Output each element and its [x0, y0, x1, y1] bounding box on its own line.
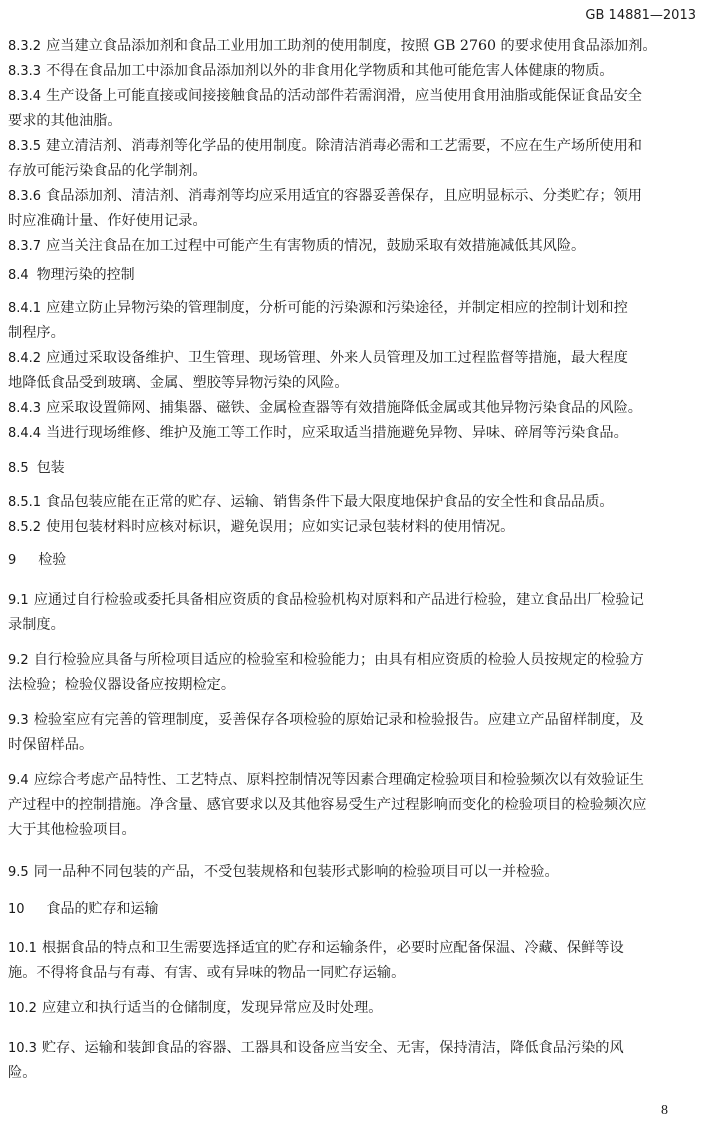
clause-text: 应建立和执行适当的仓储制度，发现异常应及时处理。 [42, 1000, 383, 1016]
clause-text: 施。不得将食品与有毒、有害、或有异味的物品一同贮存运输。 [8, 965, 405, 981]
section-title: 食品的贮存和运输 [47, 901, 159, 917]
clause-continuation: 大于其他检验项目。 [8, 820, 136, 840]
section-heading: 9检验 [8, 550, 66, 571]
clause-number: 8.5.1 [8, 495, 41, 510]
clause-number: 9.4 [8, 773, 29, 788]
clause-text: 录制度。 [8, 617, 65, 633]
clause-number: 10.1 [8, 941, 37, 956]
clause-number: 8.4.4 [8, 426, 41, 441]
clause-number: 9.1 [8, 593, 29, 608]
clause-number: 8.3.3 [8, 64, 41, 79]
section-number: 8.4 [8, 268, 29, 283]
clause-text: 法检验；检验仪器设备应按期检定。 [8, 677, 235, 693]
clause-paragraph: 9.4应综合考虑产品特性、工艺特点、原料控制情况等因素合理确定检验项目和检验频次… [8, 770, 644, 791]
section-title: 包装 [37, 460, 65, 476]
clause-continuation: 要求的其他油脂。 [8, 111, 122, 131]
clause-text: 应采取设置筛网、捕集器、磁铁、金属检查器等有效措施降低金属或其他异物污染食品的风… [46, 400, 642, 416]
clause-number: 8.4.3 [8, 401, 41, 416]
section-heading: 8.4物理污染的控制 [8, 265, 135, 286]
clause-text: 根据食品的特点和卫生需要选择适宜的贮存和运输条件，必要时应配备保温、冷藏、保鲜等… [42, 940, 624, 956]
clause-text: 应通过自行检验或委托具备相应资质的食品检验机构对原料和产品进行检验，建立食品出厂… [34, 592, 644, 608]
clause-number: 9.5 [8, 865, 29, 880]
clause-paragraph: 8.3.4生产设备上可能直接或间接接触食品的活动部件若需润滑，应当使用食用油脂或… [8, 86, 642, 107]
clause-text: 产过程中的控制措施。净含量、感官要求以及其他容易受生产过程影响而变化的检验项目的… [8, 797, 646, 813]
clause-text: 时应准确计量、作好使用记录。 [8, 213, 207, 229]
clause-number: 8.5.2 [8, 520, 41, 535]
clause-number: 8.3.6 [8, 189, 41, 204]
clause-text: 险。 [8, 1065, 36, 1081]
clause-continuation: 制程序。 [8, 323, 65, 343]
clause-text: 建立清洁剂、消毒剂等化学品的使用制度。除清洁消毒必需和工艺需要，不应在生产场所使… [46, 138, 642, 154]
clause-text: 时保留样品。 [8, 737, 93, 753]
clause-number: 8.4.1 [8, 301, 41, 316]
clause-continuation: 地降低食品受到玻璃、金属、塑胶等异物污染的风险。 [8, 373, 349, 393]
clause-text: 存放可能污染食品的化学制剂。 [8, 163, 207, 179]
clause-paragraph: 10.1根据食品的特点和卫生需要选择适宜的贮存和运输条件，必要时应配备保温、冷藏… [8, 938, 624, 959]
clause-paragraph: 9.5同一品种不同包装的产品，不受包装规格和包装形式影响的检验项目可以一并检验。 [8, 862, 559, 883]
clause-text: 应建立防止异物污染的管理制度，分析可能的污染源和污染途径，并制定相应的控制计划和… [46, 300, 628, 316]
clause-text: 制程序。 [8, 325, 65, 341]
clause-paragraph: 8.3.6食品添加剂、清洁剂、消毒剂等均应采用适宜的容器妥善保存，且应明显标示、… [8, 186, 642, 207]
clause-continuation: 险。 [8, 1063, 36, 1083]
clause-text: 大于其他检验项目。 [8, 822, 136, 838]
clause-continuation: 产过程中的控制措施。净含量、感官要求以及其他容易受生产过程影响而变化的检验项目的… [8, 795, 646, 815]
clause-continuation: 施。不得将食品与有毒、有害、或有异味的物品一同贮存运输。 [8, 963, 405, 983]
clause-text: 食品包装应能在正常的贮存、运输、销售条件下最大限度地保护食品的安全性和食品品质。 [46, 494, 614, 510]
clause-paragraph: 10.2应建立和执行适当的仓储制度，发现异常应及时处理。 [8, 998, 382, 1019]
clause-text: 同一品种不同包装的产品，不受包装规格和包装形式影响的检验项目可以一并检验。 [34, 864, 559, 880]
clause-continuation: 时保留样品。 [8, 735, 93, 755]
clause-text: 贮存、运输和装卸食品的容器、工器具和设备应当安全、无害，保持清洁，降低食品污染的… [42, 1040, 624, 1056]
clause-number: 8.3.2 [8, 39, 41, 54]
clause-text: 应综合考虑产品特性、工艺特点、原料控制情况等因素合理确定检验项目和检验频次以有效… [34, 772, 644, 788]
section-heading: 8.5包装 [8, 458, 65, 479]
clause-paragraph: 8.3.3不得在食品加工中添加食品添加剂以外的非食用化学物质和其他可能危害人体健… [8, 61, 614, 82]
clause-continuation: 录制度。 [8, 615, 65, 635]
clause-paragraph: 8.4.4当进行现场维修、维护及施工等工作时，应采取适当措施避免异物、异味、碎屑… [8, 423, 628, 444]
clause-paragraph: 8.5.1食品包装应能在正常的贮存、运输、销售条件下最大限度地保护食品的安全性和… [8, 492, 614, 513]
clause-paragraph: 8.3.7应当关注食品在加工过程中可能产生有害物质的情况，鼓励采取有效措施减低其… [8, 236, 585, 257]
section-title: 检验 [38, 552, 66, 568]
clause-number: 8.3.5 [8, 139, 41, 154]
clause-paragraph: 9.3检验室应有完善的管理制度，妥善保存各项检验的原始记录和检验报告。应建立产品… [8, 710, 644, 731]
section-heading: 10食品的贮存和运输 [8, 899, 159, 920]
clause-paragraph: 8.4.3应采取设置筛网、捕集器、磁铁、金属检查器等有效措施降低金属或其他异物污… [8, 398, 642, 419]
clause-continuation: 存放可能污染食品的化学制剂。 [8, 161, 207, 181]
clause-paragraph: 8.4.1应建立防止异物污染的管理制度，分析可能的污染源和污染途径，并制定相应的… [8, 298, 628, 319]
clause-text: 自行检验应具备与所检项目适应的检验室和检验能力；由具有相应资质的检验人员按规定的… [34, 652, 644, 668]
page-number: 8 [661, 1103, 668, 1119]
clause-text: 应当关注食品在加工过程中可能产生有害物质的情况，鼓励采取有效措施减低其风险。 [46, 238, 585, 254]
clause-number: 10.3 [8, 1041, 37, 1056]
clause-paragraph: 8.4.2应通过采取设备维护、卫生管理、现场管理、外来人员管理及加工过程监督等措… [8, 348, 628, 369]
clause-text: 生产设备上可能直接或间接接触食品的活动部件若需润滑，应当使用食用油脂或能保证食品… [46, 88, 642, 104]
clause-text: 应当建立食品添加剂和食品工业用加工助剂的使用制度，按照 GB 2760 的要求使… [46, 38, 657, 54]
clause-text: 应通过采取设备维护、卫生管理、现场管理、外来人员管理及加工过程监督等措施，最大程… [46, 350, 628, 366]
section-number: 10 [8, 902, 25, 917]
section-number: 8.5 [8, 461, 29, 476]
clause-text: 当进行现场维修、维护及施工等工作时，应采取适当措施避免异物、异味、碎屑等污染食品… [46, 425, 628, 441]
clause-text: 地降低食品受到玻璃、金属、塑胶等异物污染的风险。 [8, 375, 349, 391]
clause-paragraph: 10.3贮存、运输和装卸食品的容器、工器具和设备应当安全、无害，保持清洁，降低食… [8, 1038, 624, 1059]
clause-number: 8.4.2 [8, 351, 41, 366]
clause-number: 8.3.4 [8, 89, 41, 104]
clause-continuation: 时应准确计量、作好使用记录。 [8, 211, 207, 231]
standard-code-header: GB 14881—2013 [585, 8, 696, 23]
clause-text: 要求的其他油脂。 [8, 113, 122, 129]
clause-text: 使用包装材料时应核对标识，避免误用；应如实记录包装材料的使用情况。 [46, 519, 514, 535]
clause-paragraph: 9.1应通过自行检验或委托具备相应资质的食品检验机构对原料和产品进行检验，建立食… [8, 590, 644, 611]
clause-paragraph: 8.3.2应当建立食品添加剂和食品工业用加工助剂的使用制度，按照 GB 2760… [8, 36, 657, 57]
clause-paragraph: 8.3.5建立清洁剂、消毒剂等化学品的使用制度。除清洁消毒必需和工艺需要，不应在… [8, 136, 642, 157]
clause-text: 检验室应有完善的管理制度，妥善保存各项检验的原始记录和检验报告。应建立产品留样制… [34, 712, 644, 728]
section-title: 物理污染的控制 [37, 267, 135, 283]
clause-number: 10.2 [8, 1001, 37, 1016]
section-number: 9 [8, 553, 16, 568]
clause-number: 9.3 [8, 713, 29, 728]
clause-continuation: 法检验；检验仪器设备应按期检定。 [8, 675, 235, 695]
clause-paragraph: 9.2自行检验应具备与所检项目适应的检验室和检验能力；由具有相应资质的检验人员按… [8, 650, 644, 671]
clause-text: 食品添加剂、清洁剂、消毒剂等均应采用适宜的容器妥善保存，且应明显标示、分类贮存；… [46, 188, 642, 204]
clause-text: 不得在食品加工中添加食品添加剂以外的非食用化学物质和其他可能危害人体健康的物质。 [46, 63, 614, 79]
clause-paragraph: 8.5.2使用包装材料时应核对标识，避免误用；应如实记录包装材料的使用情况。 [8, 517, 514, 538]
clause-number: 8.3.7 [8, 239, 41, 254]
clause-number: 9.2 [8, 653, 29, 668]
